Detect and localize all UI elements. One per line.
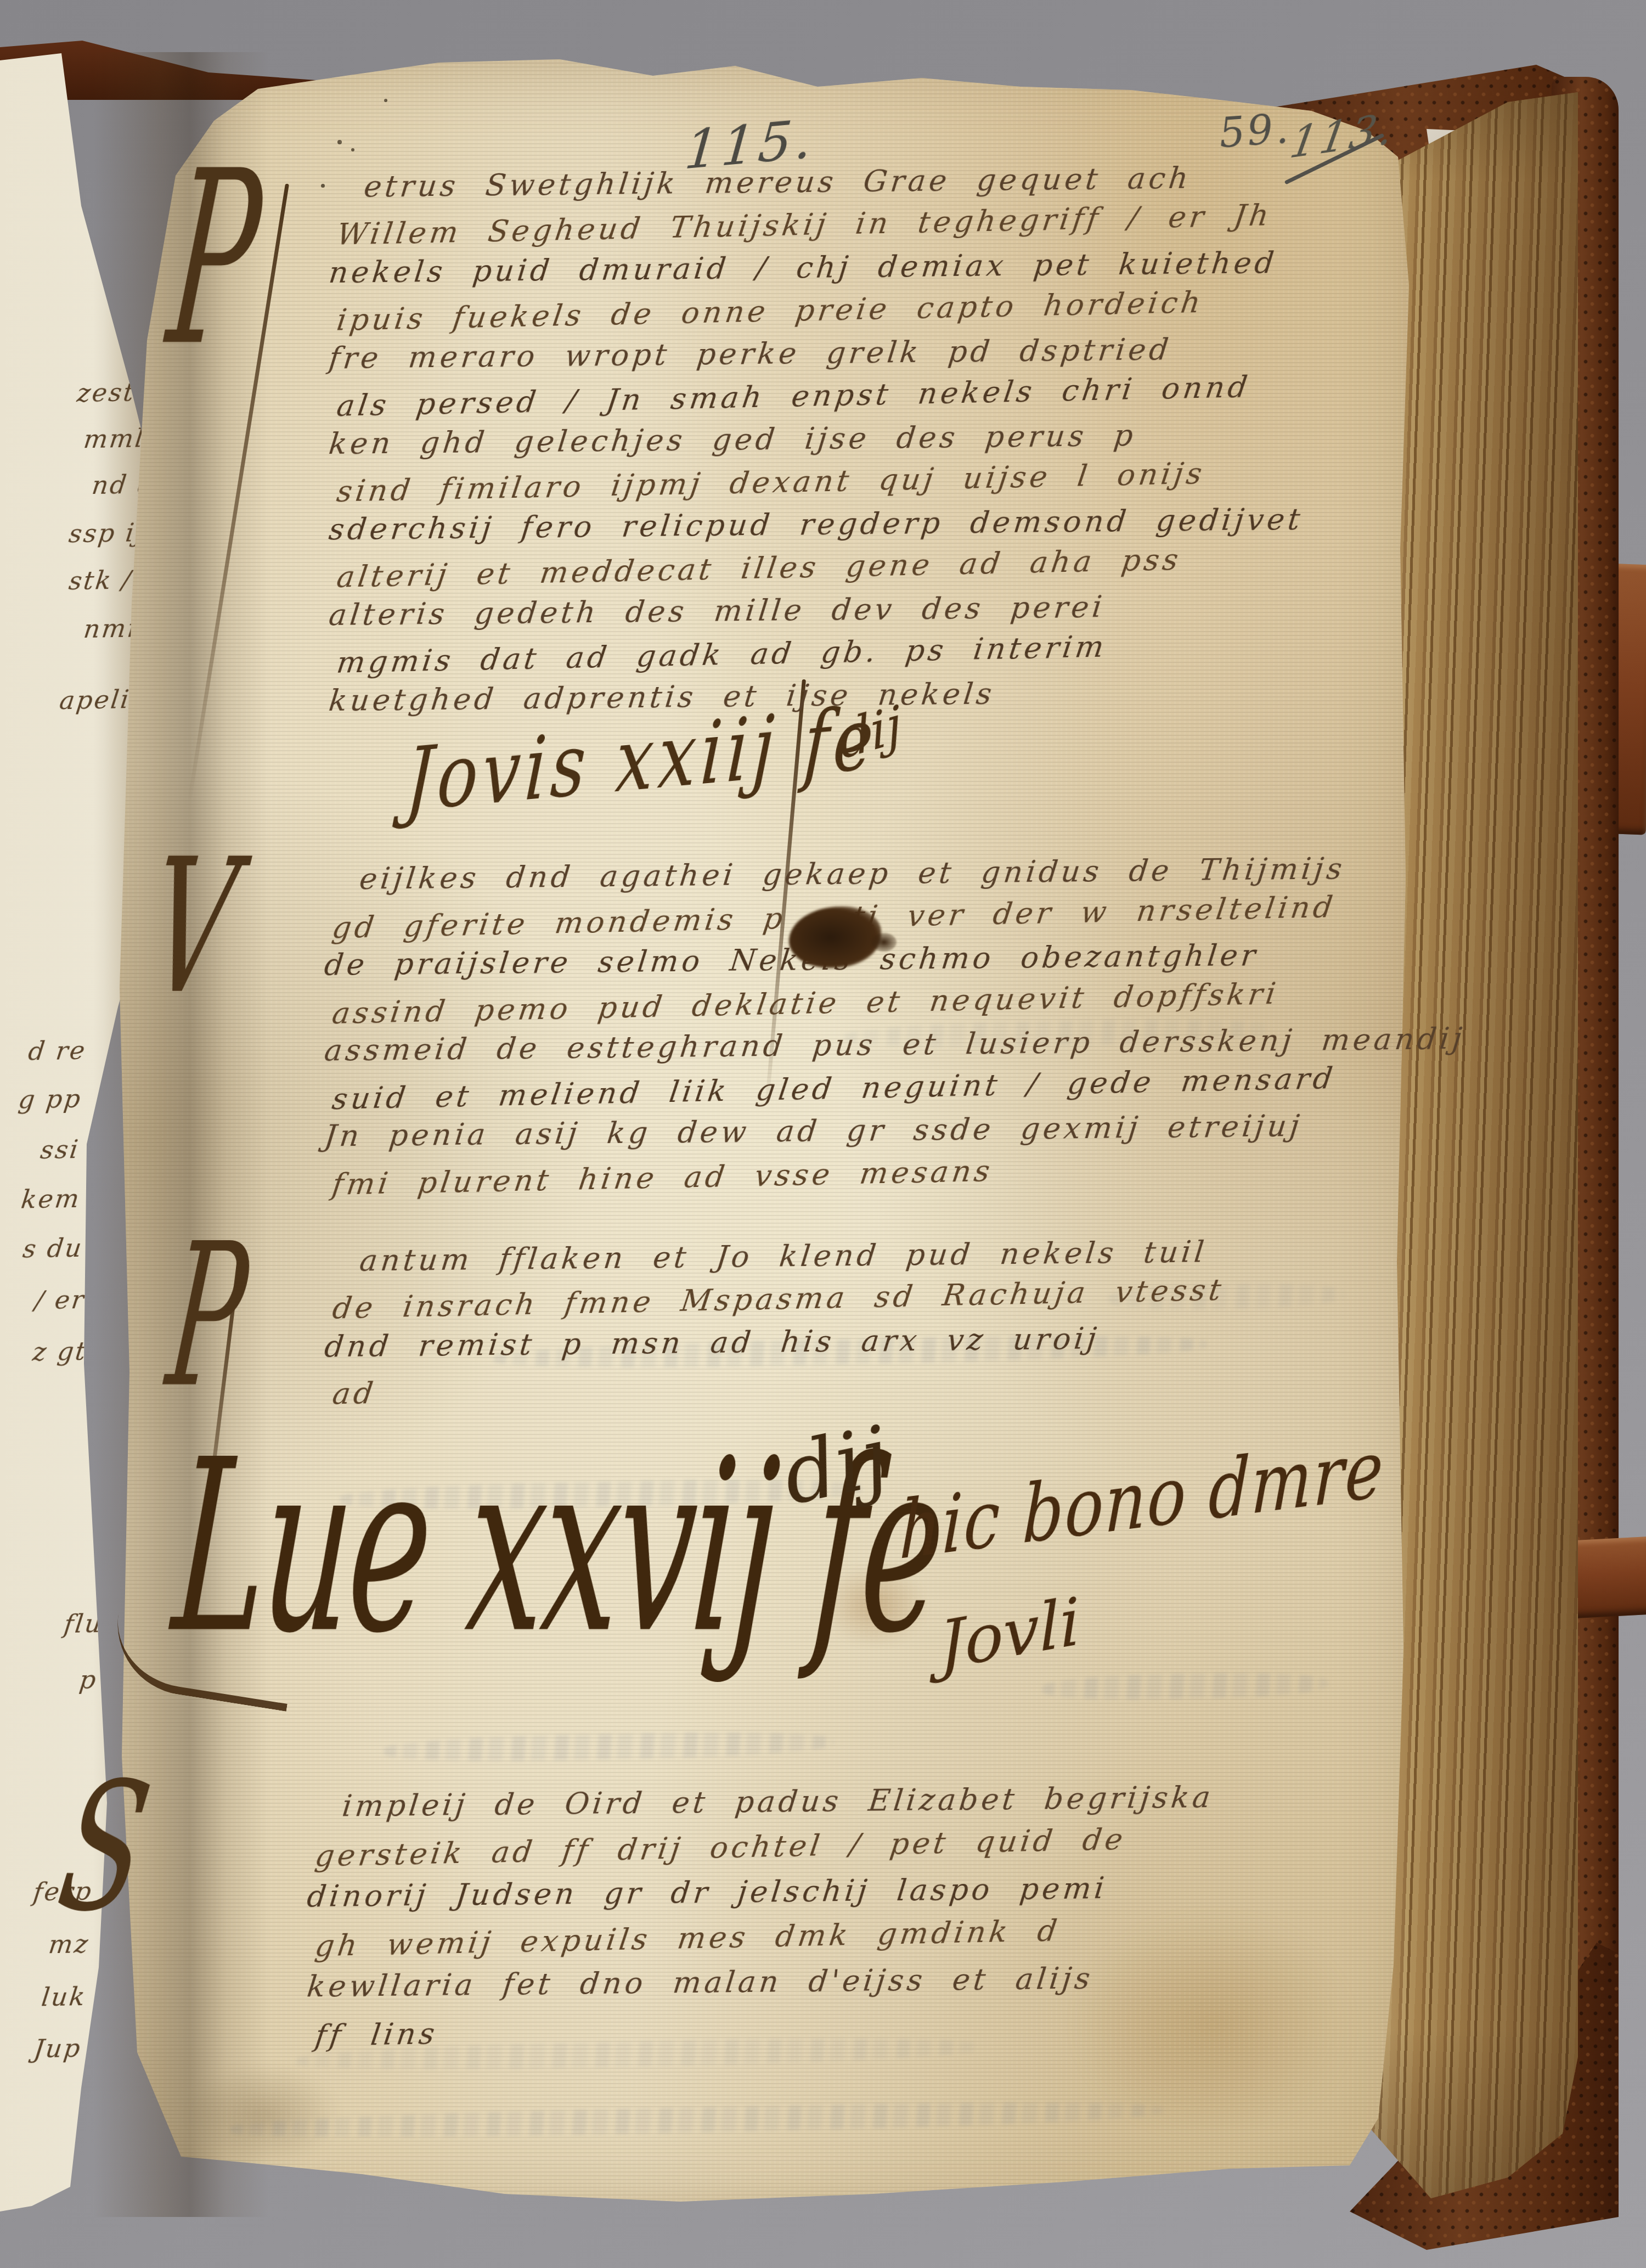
paragraph-1: etrus Swetghlijk mereus Grae gequet ach … bbox=[329, 165, 1302, 721]
left-page-fragment: ssi bbox=[39, 1134, 82, 1164]
foxing-speck bbox=[321, 184, 325, 188]
paragraph-initial: P bbox=[163, 1238, 252, 1396]
folio-number-pencil: 115. bbox=[682, 108, 818, 182]
left-page-fragment: flu bbox=[62, 1608, 104, 1639]
left-page-fragment: ezs bbox=[127, 147, 177, 177]
paragraph-initial: P bbox=[164, 165, 266, 357]
paragraph-3: antum fflaken et Jo klend pud nekels tui… bbox=[325, 1239, 1222, 1410]
foxing-speck bbox=[384, 99, 387, 102]
corner-number-primary: 59. bbox=[1217, 105, 1292, 157]
stain bbox=[187, 2063, 340, 2168]
left-page-fragment: d re bbox=[26, 1035, 88, 1066]
ghost-writing bbox=[1042, 1671, 1328, 1702]
ink-blot bbox=[871, 933, 897, 952]
foxing-speck bbox=[351, 148, 354, 151]
ghost-writing bbox=[230, 2097, 1164, 2142]
photo-stage: ezs nnid zestim mmlen nd a q ssp ijdg st… bbox=[0, 0, 1646, 2268]
foxing-speck bbox=[337, 140, 342, 144]
left-page-fragment: luk bbox=[40, 1982, 88, 2012]
left-page-fragment: kem bbox=[20, 1184, 83, 1214]
paragraph-4: impleij de Oird et padus Elizabet begrij… bbox=[307, 1785, 1213, 2055]
left-page-fragment: / er bbox=[33, 1285, 87, 1315]
ghost-writing bbox=[384, 1729, 835, 1764]
left-page-fragment: Jup bbox=[32, 2033, 83, 2064]
left-page-fragment: g pp bbox=[17, 1084, 84, 1115]
left-page-fragment: s du bbox=[21, 1233, 84, 1264]
left-page-fragment: p bbox=[77, 1665, 99, 1695]
left-page-fragment: z gt bbox=[31, 1336, 89, 1367]
paragraph-2: eijlkes dnd agathei gekaep et gnidus de … bbox=[325, 856, 1464, 1198]
